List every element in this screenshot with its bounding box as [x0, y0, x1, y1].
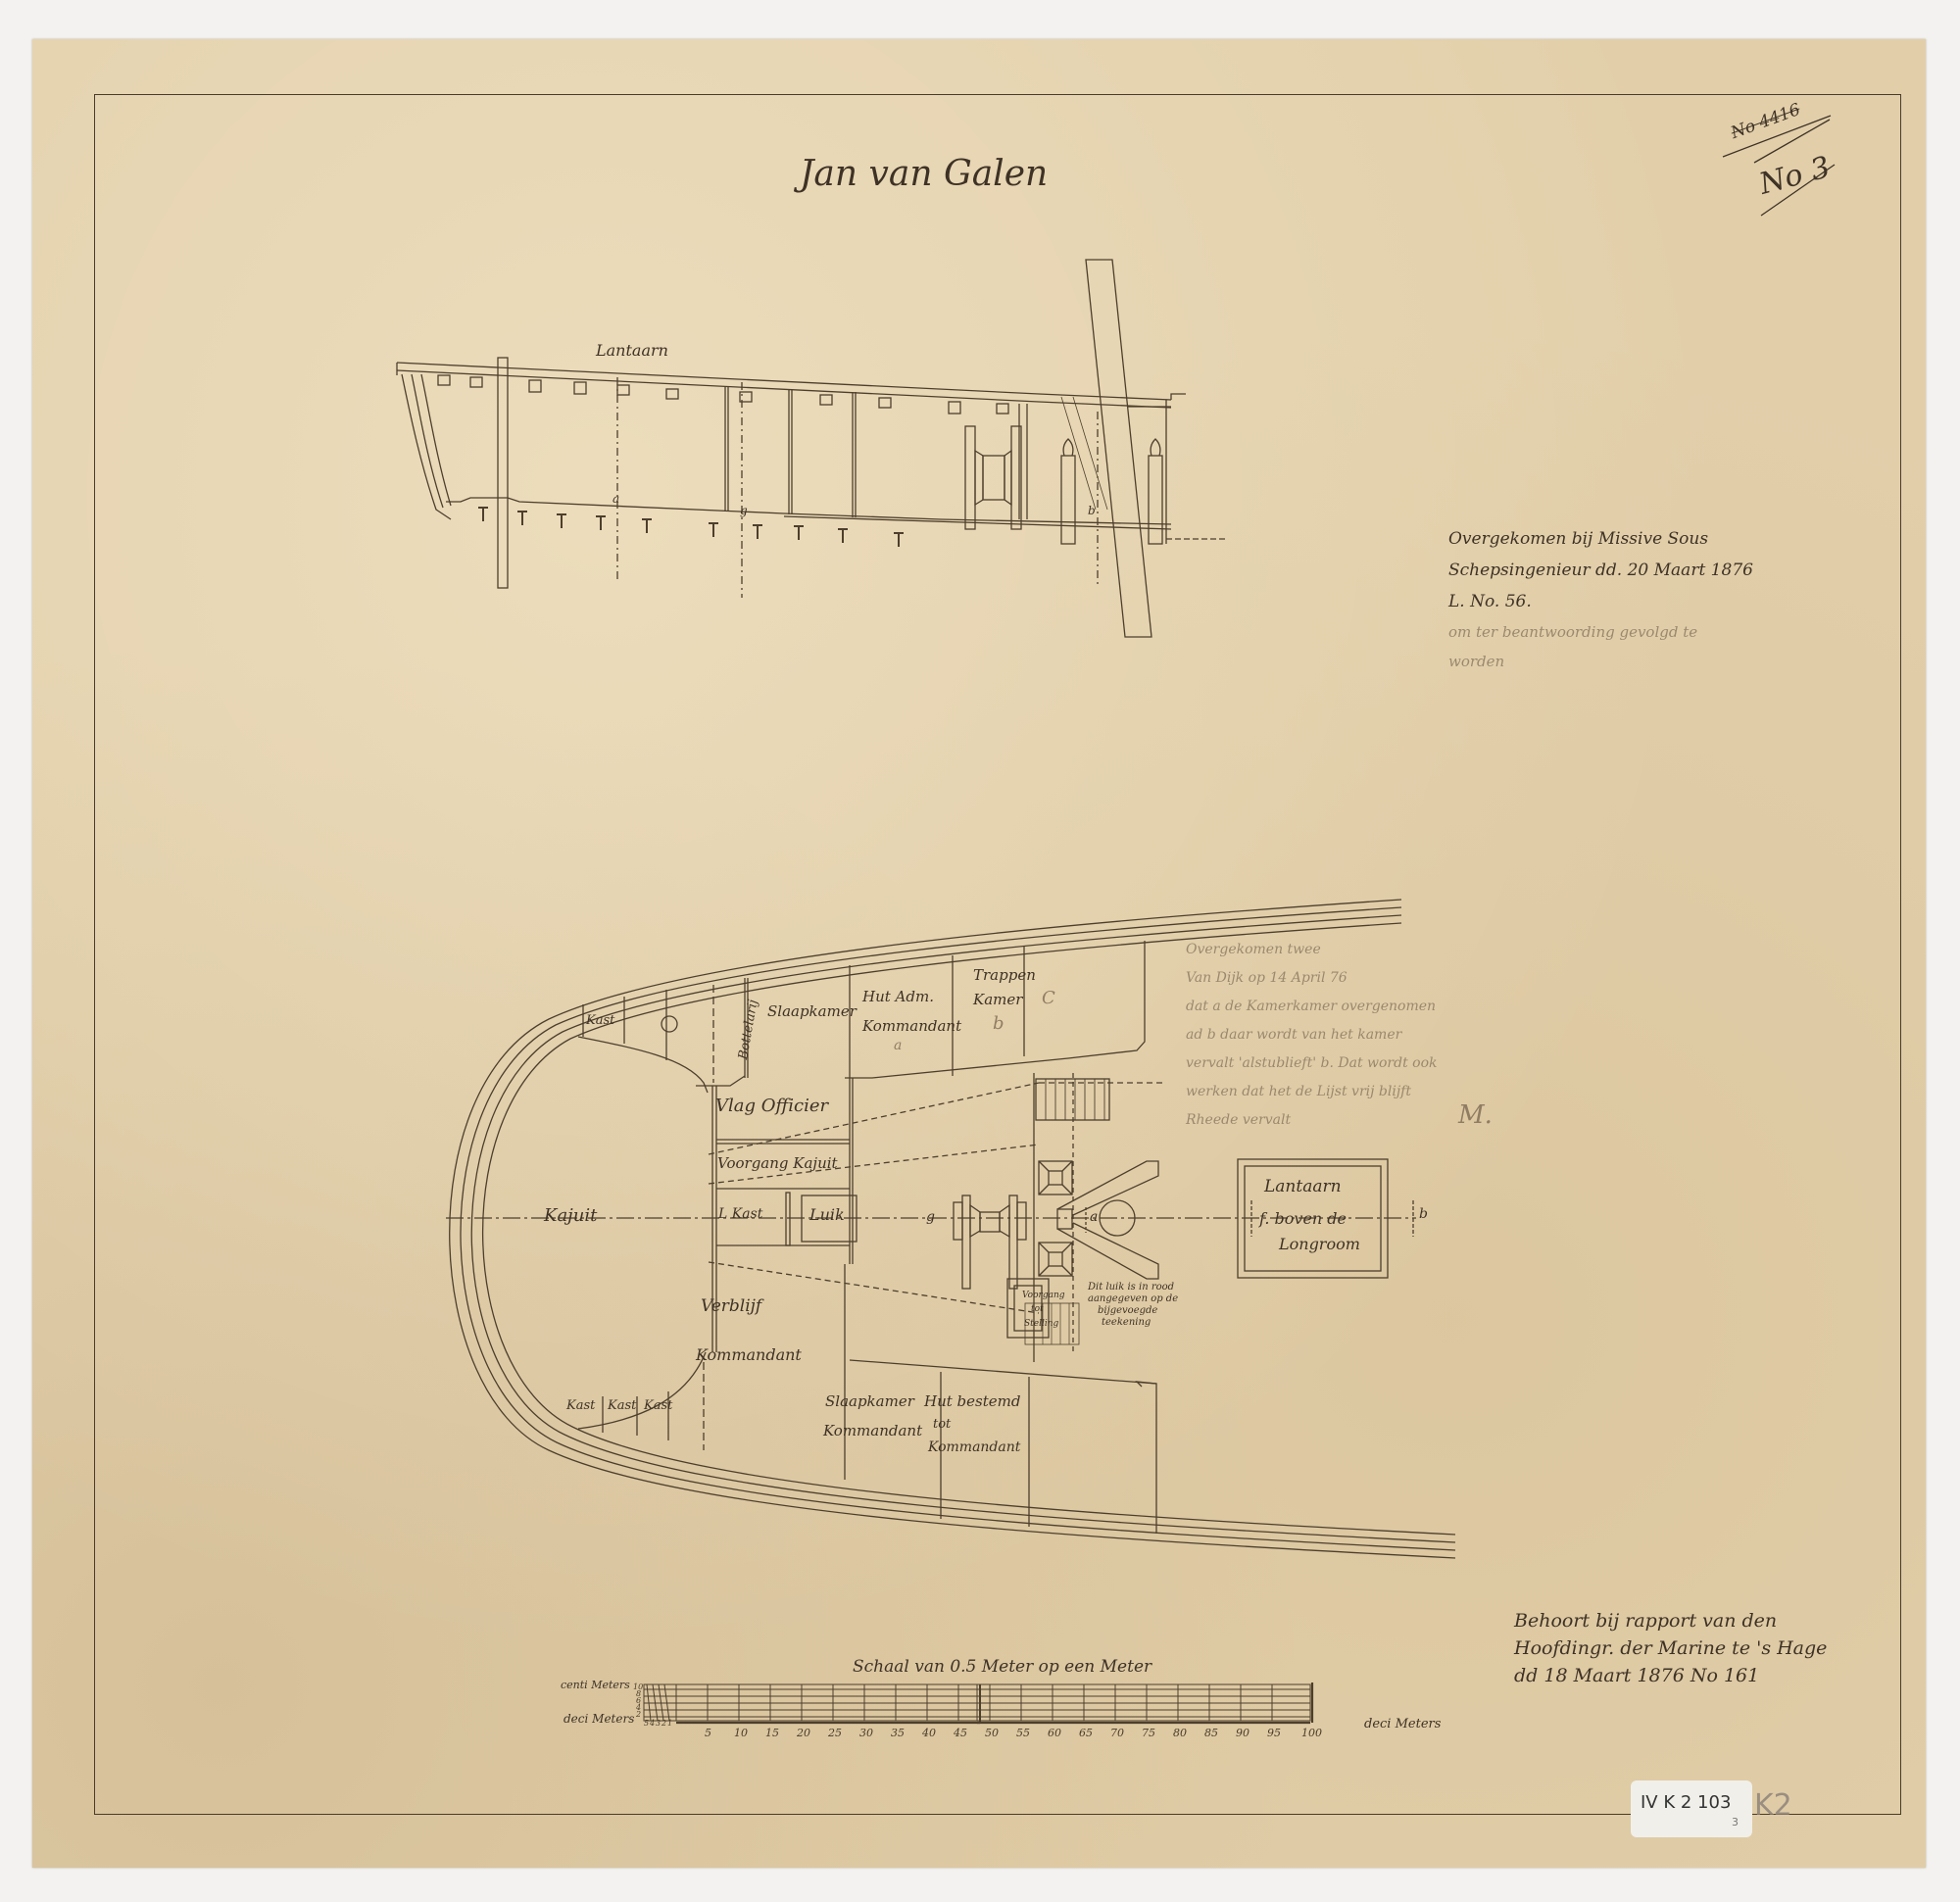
- scale-tick: 95: [1267, 1727, 1281, 1739]
- luik-note-line: aangegeven op de: [1088, 1293, 1178, 1305]
- archive-label-main: IV K 2 103: [1641, 1792, 1731, 1813]
- pencil-line: dat a de Kamerkamer overgenomen: [1186, 993, 1438, 1021]
- lantaarn-box-2: f. boven de: [1259, 1211, 1347, 1227]
- pencil-line: worden: [1448, 647, 1697, 676]
- received-note-pencil: om ter beantwoording gevolgd te worden: [1448, 617, 1697, 676]
- room-slaapkamer-bottom-2: Kommandant: [823, 1424, 922, 1439]
- pencil-line: om ter beantwoording gevolgd te: [1448, 617, 1697, 647]
- scale-tick: 75: [1142, 1727, 1155, 1739]
- room-kast-bottom-2: Kast: [608, 1399, 636, 1412]
- scale-left-bottom-label: deci Meters: [563, 1713, 634, 1725]
- scale-subtick: 5: [644, 1719, 649, 1728]
- pencil-signature: M.: [1458, 1102, 1493, 1128]
- room-kast-top: Kast: [586, 1014, 614, 1027]
- room-l-kast: L Kast: [718, 1207, 762, 1221]
- pencil-note: Overgekomen twee Van Dijk op 14 April 76…: [1186, 936, 1438, 1135]
- pencil-line: vervalt 'alstublieft' b. Dat wordt ook: [1186, 1049, 1438, 1078]
- scale-tick: 100: [1301, 1727, 1322, 1739]
- centerline-mark-a: a: [1090, 1210, 1098, 1224]
- room-kajuit: Kajuit: [544, 1207, 597, 1225]
- pencil-line: Van Dijk op 14 April 76: [1186, 964, 1438, 993]
- scale-tick: 60: [1048, 1727, 1061, 1739]
- scale-tick: 20: [797, 1727, 810, 1739]
- room-trappen-1: Trappen: [973, 968, 1036, 983]
- scale-tick: 50: [985, 1727, 999, 1739]
- room-kast-bottom-1: Kast: [566, 1399, 595, 1412]
- scale-tick: 65: [1079, 1727, 1093, 1739]
- scale-tick: 70: [1110, 1727, 1124, 1739]
- scale-subtick: 4: [650, 1719, 655, 1728]
- room-verblijf-2: Kommandant: [696, 1347, 802, 1363]
- scale-tick: 40: [922, 1727, 936, 1739]
- section-frame-mark-a: a: [612, 493, 619, 505]
- scale-subtick: 3: [656, 1719, 661, 1728]
- scale-tick: 15: [765, 1727, 779, 1739]
- room-voorgang-2: tot: [1031, 1305, 1044, 1314]
- scale-tick: 10: [734, 1727, 748, 1739]
- room-luik: Luik: [809, 1207, 845, 1223]
- room-slaapkamer-bottom-1: Slaapkamer: [825, 1394, 914, 1409]
- scale-vtick: 2: [636, 1710, 641, 1719]
- scale-tick: 35: [891, 1727, 905, 1739]
- centerline-mark-b: b: [1419, 1207, 1428, 1221]
- luik-note: Dit luik is in rood aangegeven op de bij…: [1088, 1282, 1178, 1329]
- section-frame-mark-g: g: [740, 505, 748, 516]
- room-trappen-mark-c: C: [1042, 990, 1055, 1007]
- pencil-line: werken dat het de Lijst vrij blijft: [1186, 1078, 1438, 1106]
- scale-tick: 45: [954, 1727, 967, 1739]
- room-trappen-2: Kamer: [973, 993, 1022, 1007]
- section-label-lantaarn: Lantaarn: [596, 343, 668, 359]
- approval-note-line: Behoort bij rapport van den: [1514, 1607, 1827, 1634]
- room-voorgang-1: Voorgang: [1022, 1292, 1065, 1300]
- room-voorgang-3: Stelling: [1024, 1320, 1058, 1329]
- lantaarn-box-1: Lantaarn: [1264, 1179, 1342, 1195]
- room-hut-adm-1: Hut Adm.: [862, 990, 934, 1004]
- luik-note-line: teekening: [1088, 1317, 1178, 1329]
- approval-note-line: dd 18 Maart 1876 No 161: [1514, 1662, 1827, 1689]
- scale-tick: 5: [705, 1727, 711, 1739]
- room-hut-bottom-3: Kommandant: [928, 1440, 1020, 1454]
- room-slaapkamer-top: Slaapkamer: [767, 1004, 857, 1019]
- scale-tick: 25: [828, 1727, 842, 1739]
- room-hut-bottom-2: tot: [933, 1418, 951, 1431]
- archive-label-sub: 3: [1732, 1816, 1739, 1829]
- luik-note-line: Dit luik is in rood: [1088, 1282, 1178, 1293]
- room-kast-bottom-3: Kast: [644, 1399, 672, 1412]
- scale-tick: 55: [1016, 1727, 1030, 1739]
- room-trappen-mark-b: b: [993, 1015, 1004, 1033]
- archive-pencil-mark: K2: [1754, 1791, 1792, 1821]
- archive-label: IV K 2 103 3: [1631, 1780, 1752, 1837]
- scale-bar-graphic: [644, 1684, 980, 1723]
- section-view: [397, 260, 1225, 637]
- scale-tick: 90: [1236, 1727, 1249, 1739]
- approval-note-line: Hoofdingr. der Marine te 's Hage: [1514, 1634, 1827, 1662]
- scale-subtick: 2: [661, 1719, 666, 1728]
- room-voorgang-kajuit: Voorgang Kajuit: [717, 1156, 838, 1171]
- scale-title: Schaal van 0.5 Meter op een Meter: [853, 1659, 1151, 1676]
- scale-tick: 30: [859, 1727, 873, 1739]
- approval-note: Behoort bij rapport van den Hoofdingr. d…: [1514, 1607, 1827, 1689]
- room-hut-adm-2: Kommandant: [862, 1019, 961, 1034]
- document-title: Jan van Galen: [800, 157, 1048, 192]
- pencil-line: Overgekomen twee: [1186, 936, 1438, 964]
- room-vlag-officier: Vlag Officier: [715, 1097, 828, 1115]
- section-frame-mark-b: b: [1088, 505, 1096, 516]
- scale-tick: 85: [1204, 1727, 1218, 1739]
- lantaarn-box-3: Longroom: [1279, 1237, 1360, 1252]
- centerline-mark-g: g: [926, 1210, 935, 1224]
- scale-right-label: deci Meters: [1364, 1718, 1441, 1731]
- room-hut-adm-mark: a: [894, 1039, 902, 1052]
- received-note-line: L. No. 56.: [1448, 586, 1753, 617]
- received-note-line: Schepsingenieur dd. 20 Maart 1876: [1448, 555, 1753, 586]
- luik-note-line: bijgevoegde: [1088, 1305, 1178, 1317]
- scale-left-top-label: centi Meters: [561, 1680, 630, 1690]
- room-verblijf-1: Verblijf: [701, 1298, 761, 1315]
- scale-bar-graphic-2: [977, 1683, 1312, 1723]
- pencil-line: ad b daar wordt van het kamer: [1186, 1021, 1438, 1049]
- pencil-line: Rheede vervalt: [1186, 1106, 1438, 1135]
- scale-tick: 80: [1173, 1727, 1187, 1739]
- room-hut-bottom-1: Hut bestemd: [924, 1394, 1020, 1409]
- scale-subtick: 1: [667, 1719, 672, 1728]
- received-note: Overgekomen bij Missive Sous Schepsingen…: [1448, 523, 1753, 617]
- received-note-line: Overgekomen bij Missive Sous: [1448, 523, 1753, 555]
